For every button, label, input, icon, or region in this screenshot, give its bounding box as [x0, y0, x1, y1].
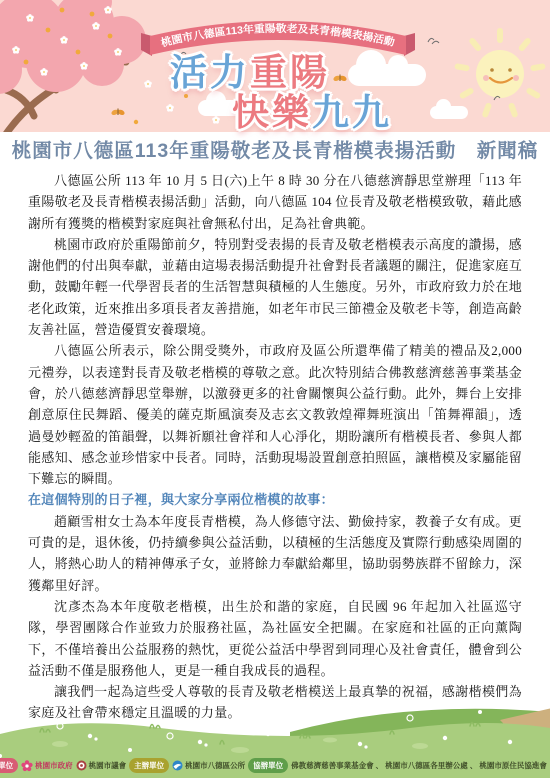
district-logo-icon [172, 760, 183, 771]
sun-icon [454, 28, 546, 118]
cloud-shape [430, 106, 468, 119]
gov-name: 桃園市政府 [35, 760, 73, 771]
paragraph: 桃園市政府於重陽節前夕，特別對受表揚的長青及敬老楷模表示高度的讚揚，感謝他們的付… [28, 234, 522, 340]
council-org: 桃園市議會 [76, 760, 127, 771]
district-name: 桃園市八德區公所 [185, 760, 245, 771]
paragraph: 趙顧雪柑女士為本年度長青楷模，為人修德守法、勤儉持家，教養子女有成。更可貴的是，… [28, 511, 522, 596]
organizer-badge: 主辦單位 [129, 758, 169, 773]
supervisor-badge: 指導單位 [0, 758, 18, 773]
organizer-logo-row: 指導單位 桃園市政府 桃園市議會 主辦單位 [0, 758, 550, 773]
banner-title-line2: 快樂九九 [232, 82, 392, 136]
council-name: 桃園市議會 [89, 760, 127, 771]
butterfly-icon [111, 109, 126, 117]
banner-title-line2-blue: 九九 [312, 92, 392, 133]
council-logo-icon [76, 760, 87, 771]
district-org: 桃園市八德區公所 [172, 760, 245, 771]
sparkle-mark [428, 38, 439, 44]
footer: 指導單位 桃園市政府 桃園市議會 主辦單位 [0, 698, 550, 778]
gov-logo-icon [21, 760, 33, 772]
coorganizer-badge: 協辦單位 [248, 758, 288, 773]
banner-title-line2-pink: 快樂 [232, 92, 312, 133]
coorganizer-list: 佛教慈濟慈善事業基金會 、 桃園市八德區各里辦公處 、 桃園市原住民協進會 [291, 760, 547, 771]
decorative-header: 桃園市八德區113年重陽敬老及長青楷模表揚活動 活力重陽 快樂九九 [0, 0, 550, 132]
paragraph: 八德區公所表示，除公開受獎外，市政府及區公所還準備了精美的禮品及2,000元禮券… [28, 340, 522, 489]
paragraph: 八德區公所 113 年 10 月 5 日(六)上午 8 時 30 分在八德慈濟靜… [28, 170, 522, 234]
highlight-line: 在這個特別的日子裡，與大家分享兩位楷模的故事： [28, 489, 522, 510]
page-title: 桃園市八德區113年重陽敬老及長青楷模表揚活動 新聞稿 [0, 132, 550, 170]
article-body: 八德區公所 113 年 10 月 5 日(六)上午 8 時 30 分在八德慈濟靜… [28, 170, 522, 724]
press-release-page: 桃園市八德區113年重陽敬老及長青楷模表揚活動 活力重陽 快樂九九 桃園市八德區… [0, 0, 550, 778]
butterfly-icon [333, 75, 348, 83]
gov-org: 桃園市政府 [21, 760, 73, 772]
paragraph: 沈彥杰為本年度敬老楷模，出生於和諧的家庭，自民國 96 年起加入社區巡守隊，學習… [28, 596, 522, 681]
